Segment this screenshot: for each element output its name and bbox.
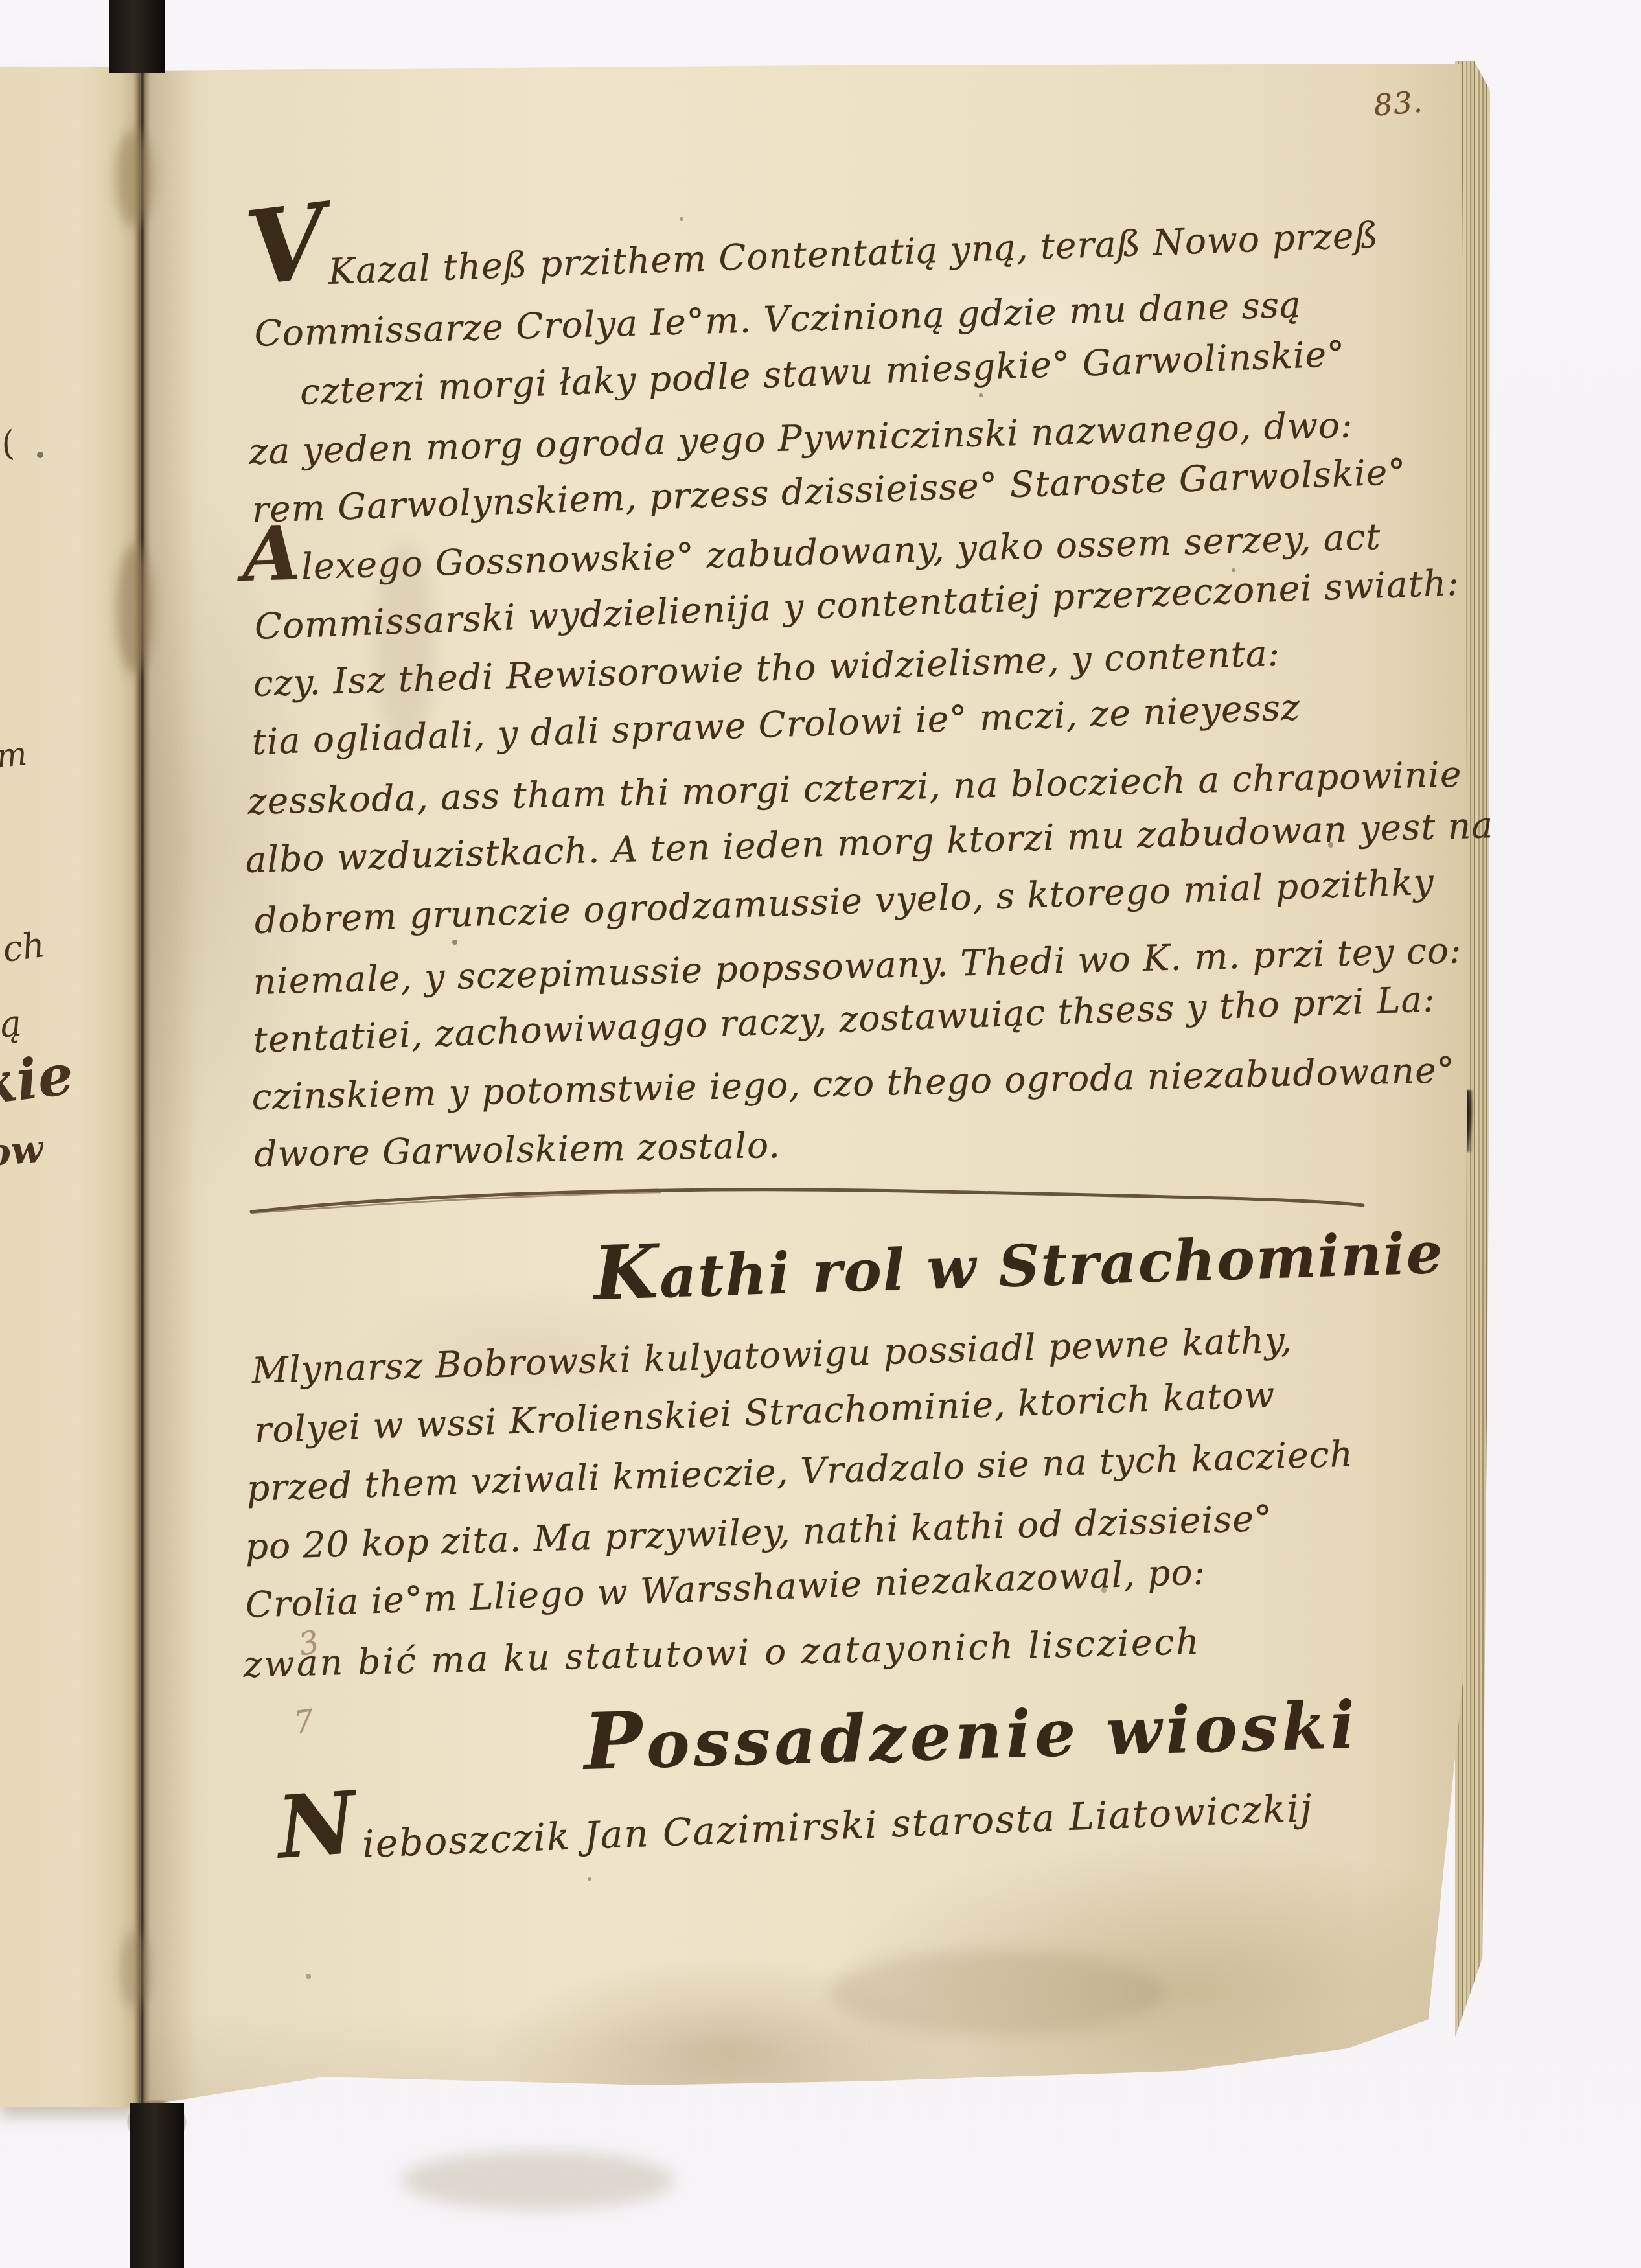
gutter-stain xyxy=(117,544,153,674)
manuscript-line: dwore Garwolskiem zostalo. xyxy=(254,1128,781,1172)
gutter-stain xyxy=(115,130,153,227)
left-page-text-fragment: m xyxy=(0,735,29,776)
ink-divider-rule xyxy=(246,1178,1373,1223)
book-gutter-crack xyxy=(133,65,150,2111)
left-page-text-fragment: ( xyxy=(0,424,19,465)
paper-stain xyxy=(829,1950,1166,2035)
page-number: 83. xyxy=(1372,84,1425,122)
drop-cap-initial: V xyxy=(241,190,333,301)
binding-strap-top xyxy=(109,0,165,73)
manuscript-scan: ( m ch ą kie ow 83. V Kazal theß przithe… xyxy=(0,0,1641,2268)
binding-strap-bottom xyxy=(130,2103,184,2268)
drop-cap-initial: N xyxy=(275,1781,360,1871)
left-page-sliver: ( m ch ą kie ow xyxy=(0,67,140,2107)
left-page-text-fragment: ow xyxy=(0,1126,45,1175)
gutter-stain xyxy=(119,1931,150,2009)
left-page-text-fragment: kie xyxy=(0,1041,77,1118)
paper-stain xyxy=(402,2151,674,2210)
paper-specks xyxy=(0,0,3,3)
left-page-text-fragment: ch xyxy=(0,924,47,970)
left-page-text-fragment: ą xyxy=(0,1002,24,1046)
